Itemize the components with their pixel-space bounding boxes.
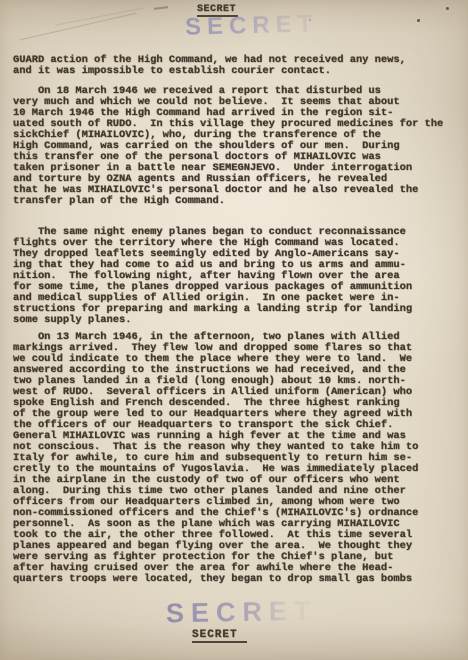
scratch-mark <box>19 13 136 41</box>
document-body: GUARD action of the High Command, we had… <box>13 55 463 585</box>
paragraph: GUARD action of the High Command, we had… <box>13 55 463 77</box>
scratch-mark <box>56 7 145 25</box>
secret-rubber-stamp-bottom: SECRET <box>166 596 318 630</box>
classification-banner-bottom: SECRET <box>192 629 247 643</box>
ink-speck <box>417 19 420 22</box>
secret-rubber-stamp-top: SECRET <box>185 10 319 41</box>
pencil-mark <box>154 6 168 10</box>
paragraph: On 13 March 1946, in the afternoon, two … <box>13 332 463 585</box>
ink-speck <box>446 7 449 10</box>
document-page: SECRET SECRET GUARD action of the High C… <box>0 0 468 660</box>
paragraph: On 18 March 1946 we received a report th… <box>13 86 463 207</box>
paragraph: The same night enemy planes began to con… <box>13 227 463 326</box>
